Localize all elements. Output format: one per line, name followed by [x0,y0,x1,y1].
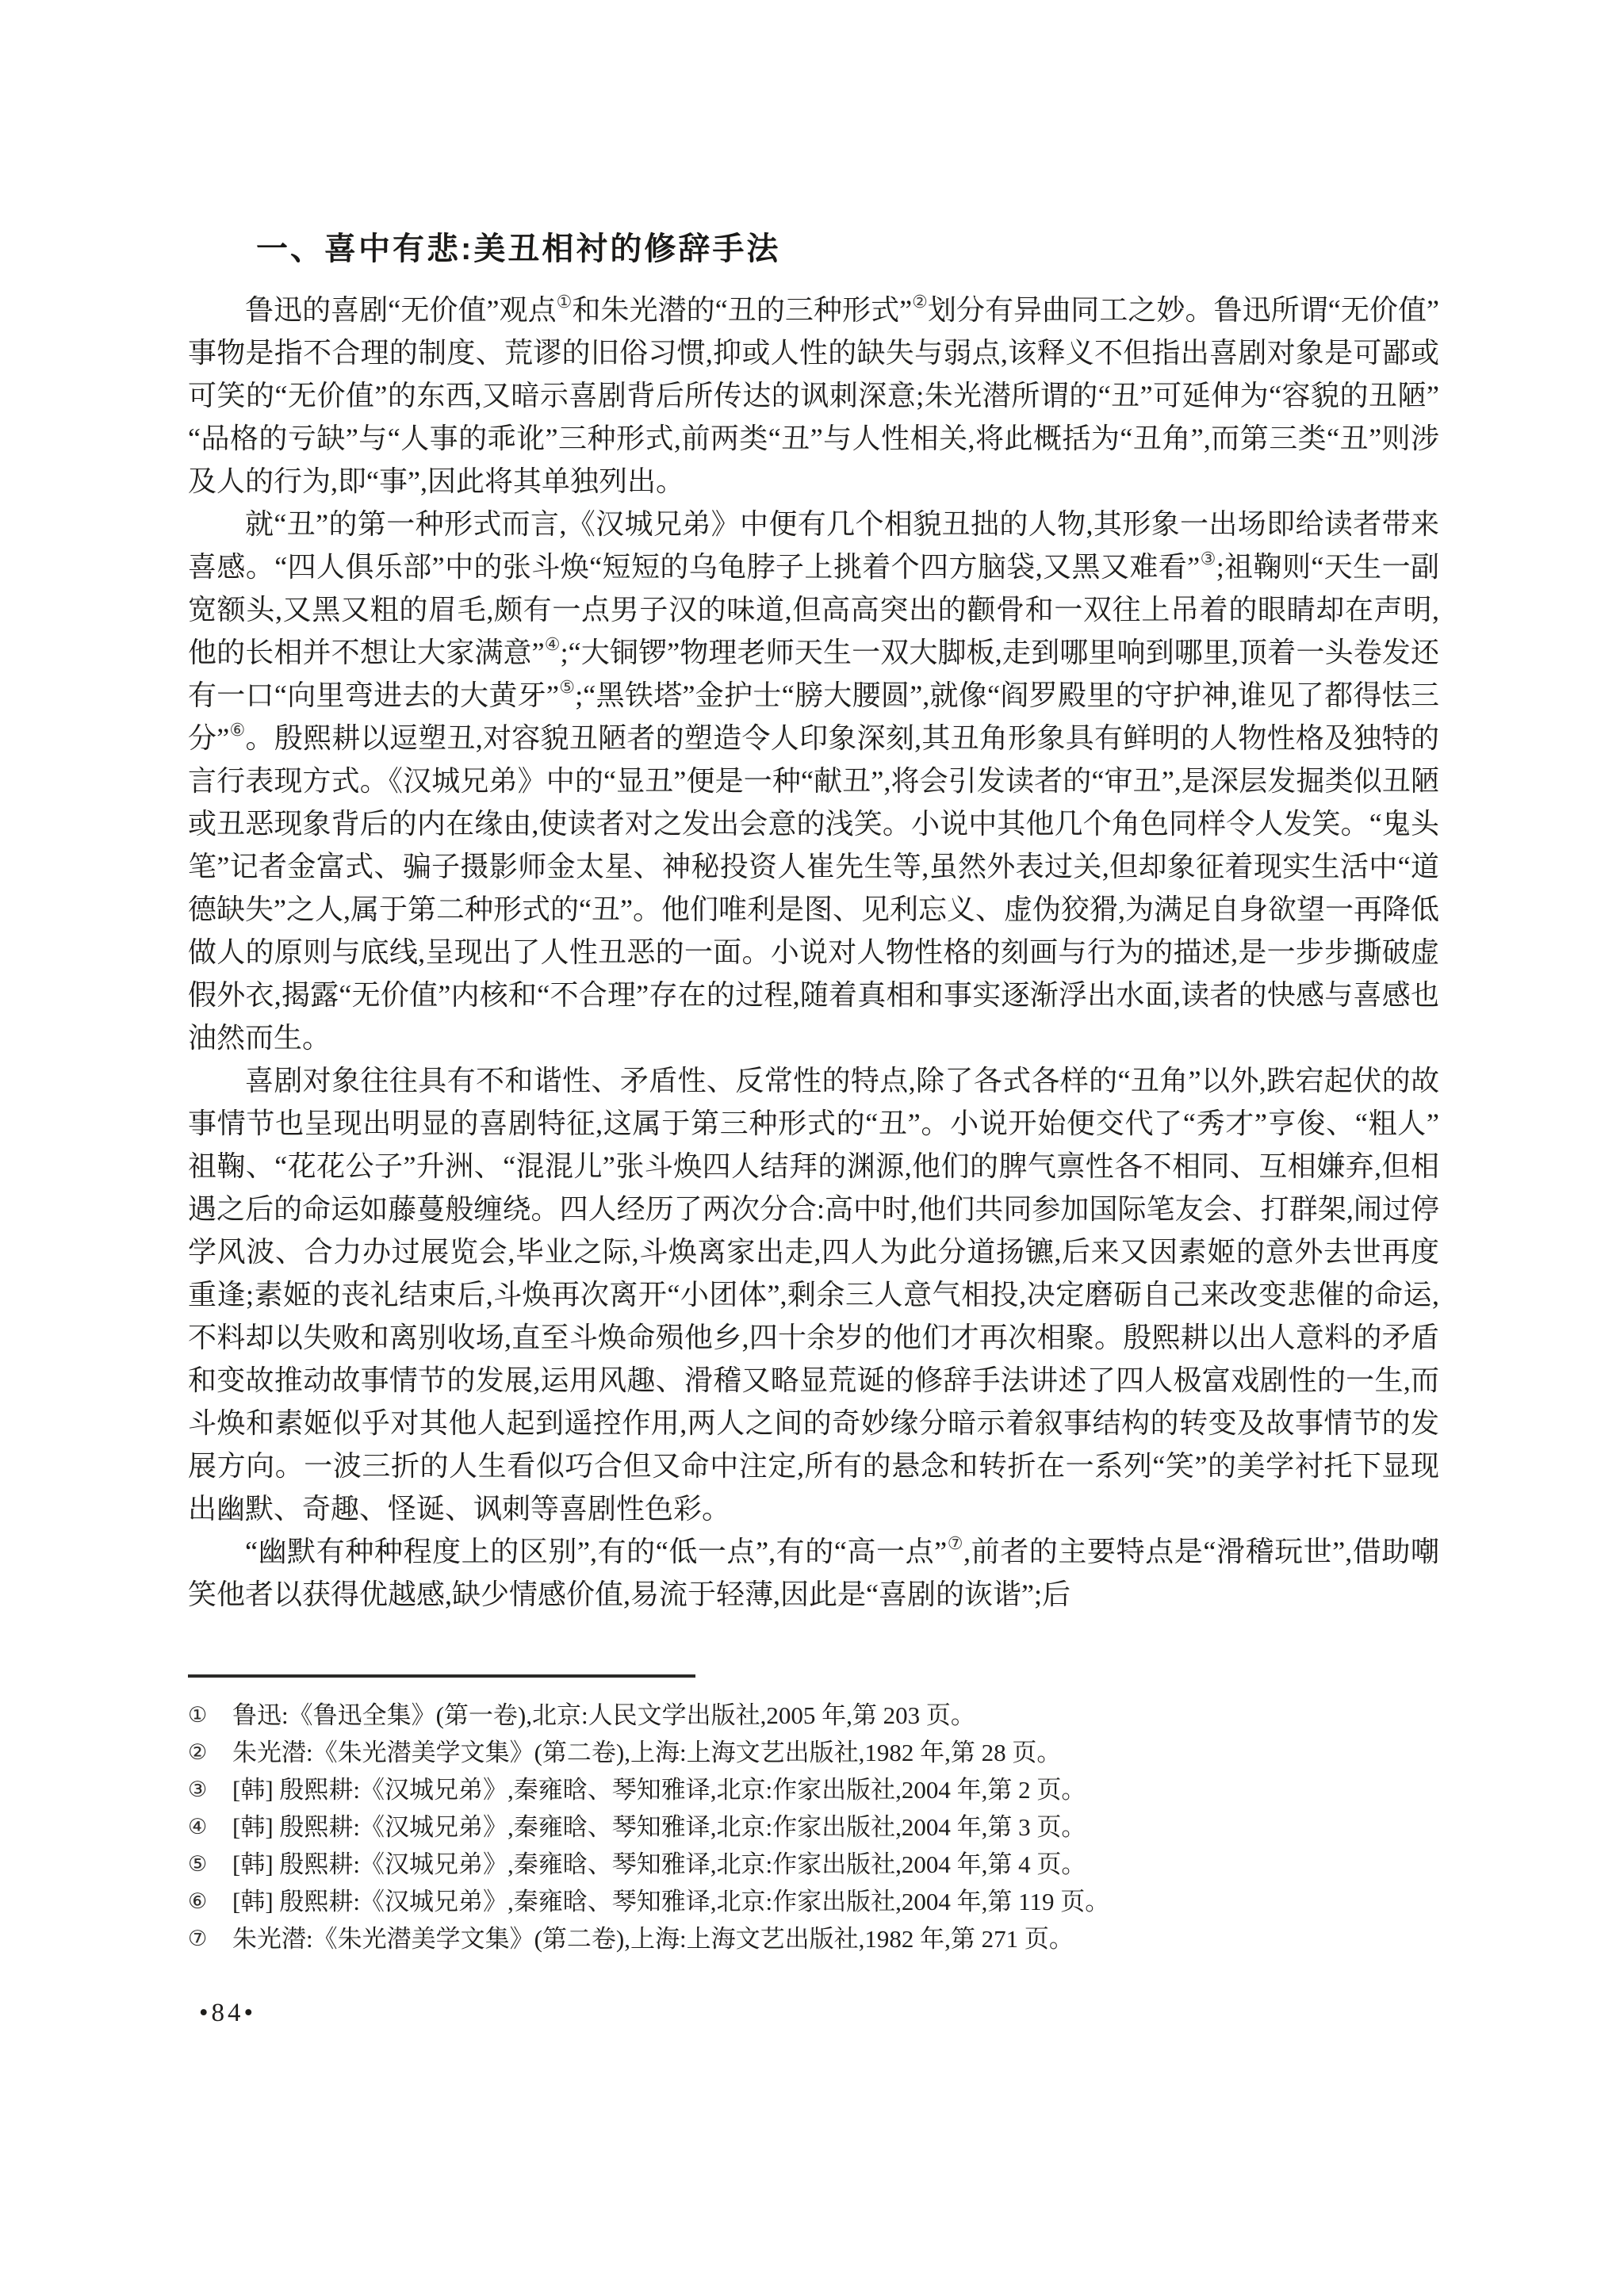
footnote-text: [韩] 殷熙耕:《汉城兄弟》,秦雍晗、琴知雅译,北京:作家出版社,2004 年,… [232,1846,1439,1883]
footnote-ref: ① [557,293,573,312]
footnote-marker: ⑤ [188,1846,232,1883]
footnote-ref: ⑤ [559,678,575,698]
footnote-ref: ④ [545,635,561,655]
article-body: 鲁迅的喜剧“无价值”观点①和朱光潜的“丑的三种形式”②划分有异曲同工之妙。鲁迅所… [188,289,1439,1616]
footnote-text: 鲁迅:《鲁迅全集》(第一卷),北京:人民文学出版社,2005 年,第 203 页… [232,1697,1439,1734]
footnote-ref: ② [912,293,928,312]
footnote-marker: ③ [188,1771,232,1808]
footnote-marker: ① [188,1697,232,1734]
footnote-item: ⑤[韩] 殷熙耕:《汉城兄弟》,秦雍晗、琴知雅译,北京:作家出版社,2004 年… [188,1846,1439,1883]
footnote-item: ④[韩] 殷熙耕:《汉城兄弟》,秦雍晗、琴知雅译,北京:作家出版社,2004 年… [188,1808,1439,1846]
footnote-marker: ⑥ [188,1883,232,1920]
section-heading: 一、喜中有悲:美丑相衬的修辞手法 [256,232,1439,266]
footnote-text: [韩] 殷熙耕:《汉城兄弟》,秦雍晗、琴知雅译,北京:作家出版社,2004 年,… [232,1883,1439,1920]
paragraph: 鲁迅的喜剧“无价值”观点①和朱光潜的“丑的三种形式”②划分有异曲同工之妙。鲁迅所… [188,289,1439,503]
footnote-text: 朱光潜:《朱光潜美学文集》(第二卷),上海:上海文艺出版社,1982 年,第 2… [232,1734,1439,1771]
paragraph: 喜剧对象往往具有不和谐性、矛盾性、反常性的特点,除了各式各样的“丑角”以外,跌宕… [188,1059,1439,1530]
footnote-marker: ② [188,1734,232,1771]
footnote-list: ①鲁迅:《鲁迅全集》(第一卷),北京:人民文学出版社,2005 年,第 203 … [188,1697,1439,1957]
page-number: •84• [199,1999,1439,2028]
footnote-separator [188,1674,695,1678]
footnote-ref: ③ [1200,549,1216,569]
paragraph: 就“丑”的第一种形式而言,《汉城兄弟》中便有几个相貌丑拙的人物,其形象一出场即给… [188,503,1439,1059]
footnote-item: ⑦朱光潜:《朱光潜美学文集》(第二卷),上海:上海文艺出版社,1982 年,第 … [188,1920,1439,1957]
footnote-item: ①鲁迅:《鲁迅全集》(第一卷),北京:人民文学出版社,2005 年,第 203 … [188,1697,1439,1734]
footnote-text: [韩] 殷熙耕:《汉城兄弟》,秦雍晗、琴知雅译,北京:作家出版社,2004 年,… [232,1808,1439,1846]
footnote-item: ②朱光潜:《朱光潜美学文集》(第二卷),上海:上海文艺出版社,1982 年,第 … [188,1734,1439,1771]
footnote-ref: ⑦ [947,1534,963,1554]
paragraph: “幽默有种种程度上的区别”,有的“低一点”,有的“高一点”⑦,前者的主要特点是“… [188,1530,1439,1616]
footnote-ref: ⑥ [229,721,245,740]
footnote-marker: ⑦ [188,1920,232,1957]
footnote-item: ⑥[韩] 殷熙耕:《汉城兄弟》,秦雍晗、琴知雅译,北京:作家出版社,2004 年… [188,1883,1439,1920]
footnote-text: [韩] 殷熙耕:《汉城兄弟》,秦雍晗、琴知雅译,北京:作家出版社,2004 年,… [232,1771,1439,1808]
footnote-text: 朱光潜:《朱光潜美学文集》(第二卷),上海:上海文艺出版社,1982 年,第 2… [232,1920,1439,1957]
footnote-item: ③[韩] 殷熙耕:《汉城兄弟》,秦雍晗、琴知雅译,北京:作家出版社,2004 年… [188,1771,1439,1808]
document-page: 一、喜中有悲:美丑相衬的修辞手法 鲁迅的喜剧“无价值”观点①和朱光潜的“丑的三种… [0,0,1624,2296]
footnote-marker: ④ [188,1808,232,1846]
